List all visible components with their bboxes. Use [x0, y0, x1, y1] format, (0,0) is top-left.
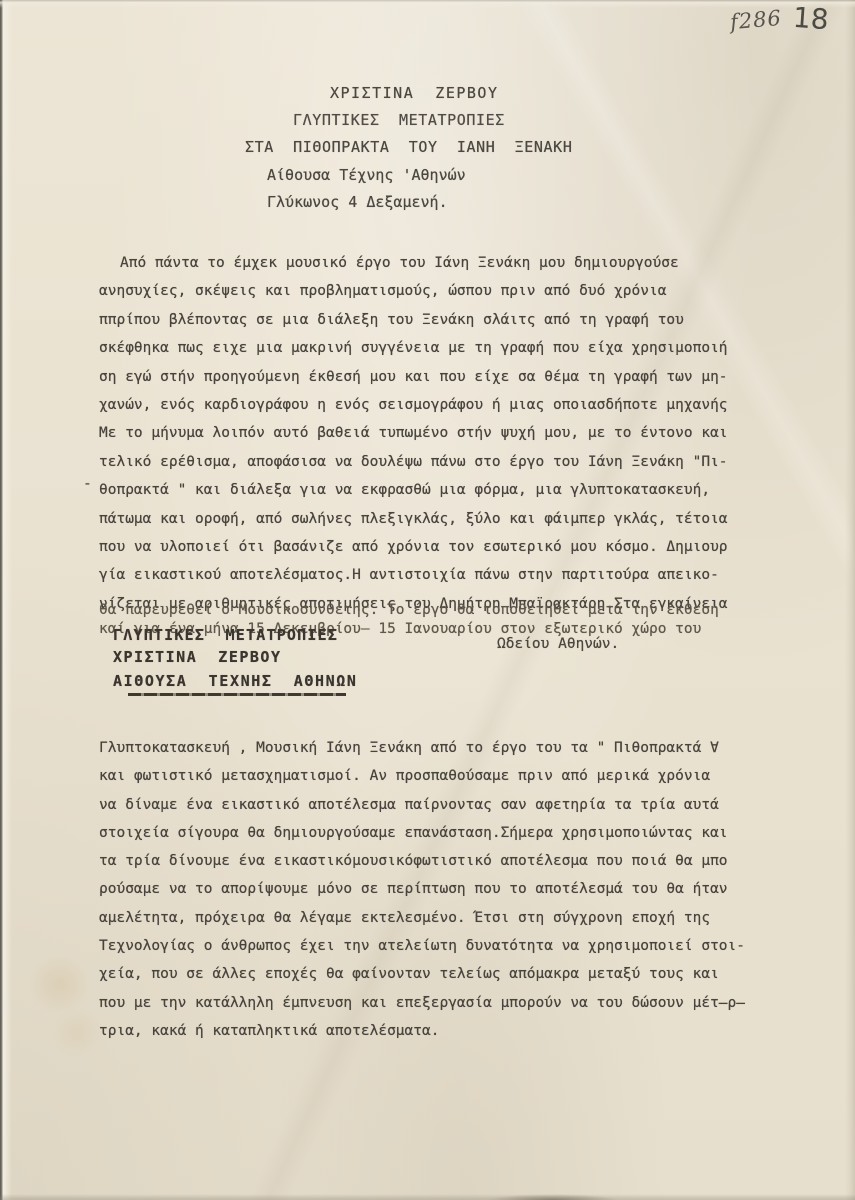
- title-exhibition: ΓΛΥΠΤΙΚΕΣ ΜΕΤΑΤΡΟΠΙΕΣ: [293, 111, 505, 129]
- text-line: ση εγώ στήν προηγούμενη έκθεσή μου και π…: [99, 363, 789, 391]
- text-line: που με την κατάλληλη έμπνευση και επεξερ…: [99, 989, 789, 1017]
- text-line: Τεχνολογίας ο άνθρωπος έχει την ατελείωτ…: [99, 932, 789, 960]
- paper-edge-bottom: [0, 1194, 855, 1200]
- scan-shadow: [488, 1194, 618, 1200]
- typed-underline: [128, 693, 346, 696]
- text-line: σκέφθηκα πως ειχε μια μακρινή συγγένεια …: [99, 334, 789, 362]
- text-line: ρούσαμε να το απορίψουμε μόνο σε περίπτω…: [99, 875, 789, 903]
- document-page: f286 18 ΧΡΙΣΤΙΝΑ ΖΕΡΒΟΥ ΓΛΥΠΤΙΚΕΣ ΜΕΤΑΤΡ…: [0, 0, 855, 1200]
- paragraph-2: Γλυπτοκατασκευή , Μουσική Ιάνη Ξενάκη απ…: [99, 734, 789, 1045]
- text-line: Από πάντα το έμχεκ μουσικό έργο του Ιάνη…: [99, 249, 789, 277]
- paper-edge-right: [845, 0, 855, 1200]
- inserted-exhibition-line: ΓΛΥΠΤΙΚΕΣ ΜΕΤΑΤΡΟΠΙΕΣ: [113, 626, 338, 644]
- text-line: Γλυπτοκατασκευή , Μουσική Ιάνη Ξενάκη απ…: [99, 734, 789, 762]
- pencil-page-number: 18: [792, 1, 830, 36]
- text-line: θα παρευρεθεί ο Μουσικοσυνθέτης. Το έργο…: [99, 601, 789, 620]
- text-line: θοπρακτά " και διάλεξα για να εκφρασθώ μ…: [99, 476, 789, 504]
- text-line: Με το μήνυμα λοιπόν αυτό βαθειά τυπωμένο…: [99, 419, 789, 447]
- text-line: ππρίπου βλέποντας σε μια διάλεξη του Ξεν…: [99, 306, 789, 334]
- margin-dash: -: [83, 476, 92, 492]
- text-line: ανησυχίες, σκέψεις και προβληματισμούς, …: [99, 277, 789, 305]
- text-line: τρια, κακά ή καταπληκτικά αποτελέσματα.: [99, 1017, 789, 1045]
- inserted-venue-line: ΑΙΘΟΥΣΑ ΤΕΧΝΗΣ ΑΘΗΝΩΝ: [113, 672, 358, 690]
- paper-edge-top: [0, 0, 855, 8]
- pencil-code: f286: [729, 6, 783, 34]
- inserted-author-line: ΧΡΙΣΤΙΝΑ ΖΕΡΒΟΥ: [113, 648, 282, 666]
- text-line: τελικό ερέθισμα, αποφάσισα να δουλέψω πά…: [99, 448, 789, 476]
- title-subject: ΣΤΑ ΠΙΘΟΠΡΑΚΤΑ ΤΟΥ ΙΑΝΗ ΞΕΝΑΚΗ: [245, 138, 572, 156]
- text-line: χανών, ενός καρδιογράφου η ενός σεισμογρ…: [99, 391, 789, 419]
- paper-edge-left: [0, 0, 12, 1200]
- text-line: που να υλοποιεί ότι βασάνιζε από χρόνια …: [99, 533, 789, 561]
- text-line: και φωτιστικό μετασχηματισμοί. Αν προσπα…: [99, 762, 789, 790]
- text-line: γία εικαστικού αποτελέσματος.Η αντιστοιχ…: [99, 561, 789, 589]
- text-line: χεία, που σε άλλες εποχές θα φαίνονταν τ…: [99, 960, 789, 988]
- text-line: τα τρία δίνουμε ένα εικαστικόμουσικόφωτι…: [99, 847, 789, 875]
- paragraph-1: Από πάντα το έμχεκ μουσικό έργο του Ιάνη…: [99, 249, 789, 618]
- title-author: ΧΡΙΣΤΙΝΑ ΖΕΡΒΟΥ: [330, 84, 499, 102]
- title-address: Γλύκωνος 4 Δεξαμενή.: [267, 193, 448, 211]
- text-line: να δίναμε ένα εικαστικό αποτέλεσμα παίρν…: [99, 791, 789, 819]
- odeion-text: Ωδείου Αθηνών.: [497, 636, 619, 652]
- text-line: πάτωμα και οροφή, από σωλήνες πλεξιγκλάς…: [99, 505, 789, 533]
- text-line: στοιχεία σίγουρα θα δημιουργούσαμε επανά…: [99, 819, 789, 847]
- title-venue: Αίθουσα Τέχνης 'Αθηνών: [267, 166, 466, 184]
- text-line: αμελέτητα, πρόχειρα θα λέγαμε εκτελεσμέν…: [99, 904, 789, 932]
